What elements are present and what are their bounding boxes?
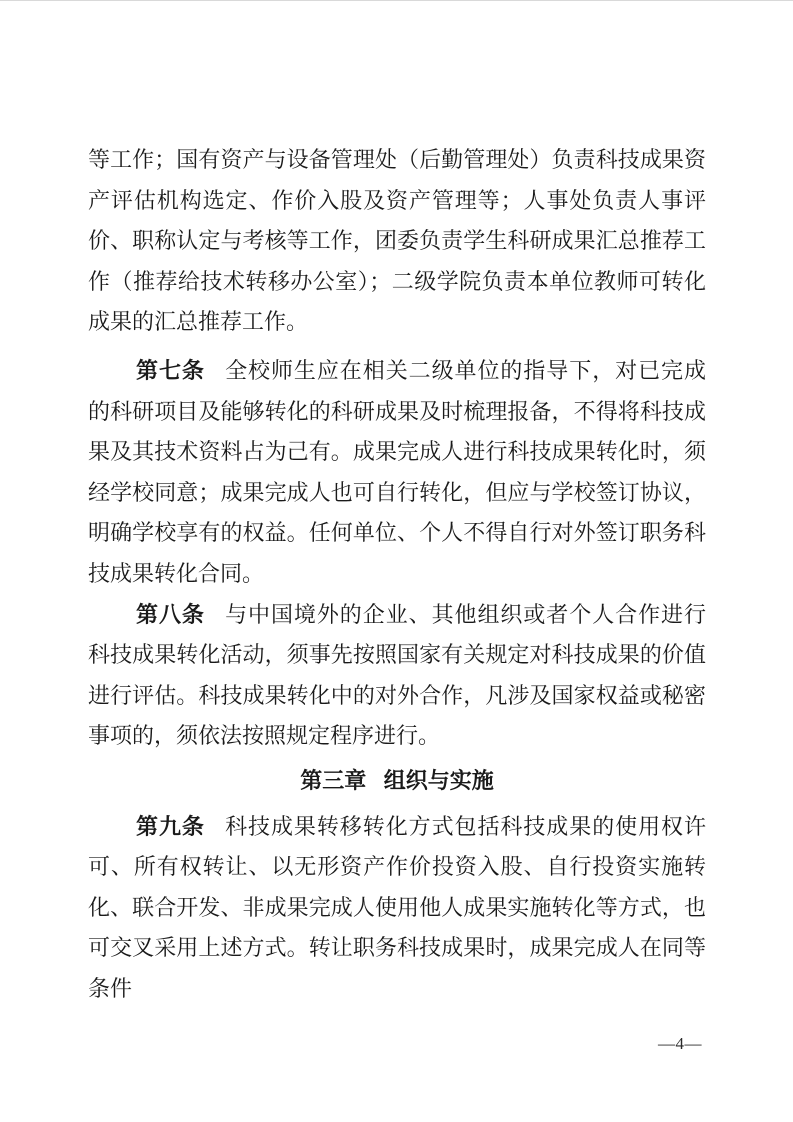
paragraph-article-7: 第七条全校师生应在相关二级单位的指导下，对已完成的科研项目及能够转化的科研成果及… — [88, 351, 706, 595]
paragraph-article-9: 第九条科技成果转移转化方式包括科技成果的使用权许可、所有权转让、以无形资产作价投… — [88, 807, 706, 1010]
article-8-term: 第八条 — [136, 602, 205, 627]
paragraph-article-8: 第八条与中国境外的企业、其他组织或者个人合作进行科技成果转化活动，须事先按照国家… — [88, 595, 706, 757]
chapter-number: 第三章 — [300, 768, 366, 793]
article-9-text: 科技成果转移转化方式包括科技成果的使用权许可、所有权转让、以无形资产作价投资入股… — [88, 814, 706, 1001]
article-7-term: 第七条 — [136, 358, 205, 383]
paragraph-continuation: 等工作；国有资产与设备管理处（后勤管理处）负责科技成果资产评估机构选定、作价入股… — [88, 140, 706, 343]
article-9-term: 第九条 — [136, 814, 205, 839]
chapter-title: 组织与实施 — [384, 768, 494, 793]
article-7-text: 全校师生应在相关二级单位的指导下，对已完成的科研项目及能够转化的科研成果及时梳理… — [88, 358, 706, 586]
page-number: —4— — [640, 1033, 720, 1055]
scan-edge-line — [0, 0, 793, 1]
document-body: 等工作；国有资产与设备管理处（后勤管理处）负责科技成果资产评估机构选定、作价入股… — [88, 140, 706, 1009]
chapter-heading: 第三章组织与实施 — [88, 761, 706, 802]
document-page: 等工作；国有资产与设备管理处（后勤管理处）负责科技成果资产评估机构选定、作价入股… — [0, 0, 793, 1122]
